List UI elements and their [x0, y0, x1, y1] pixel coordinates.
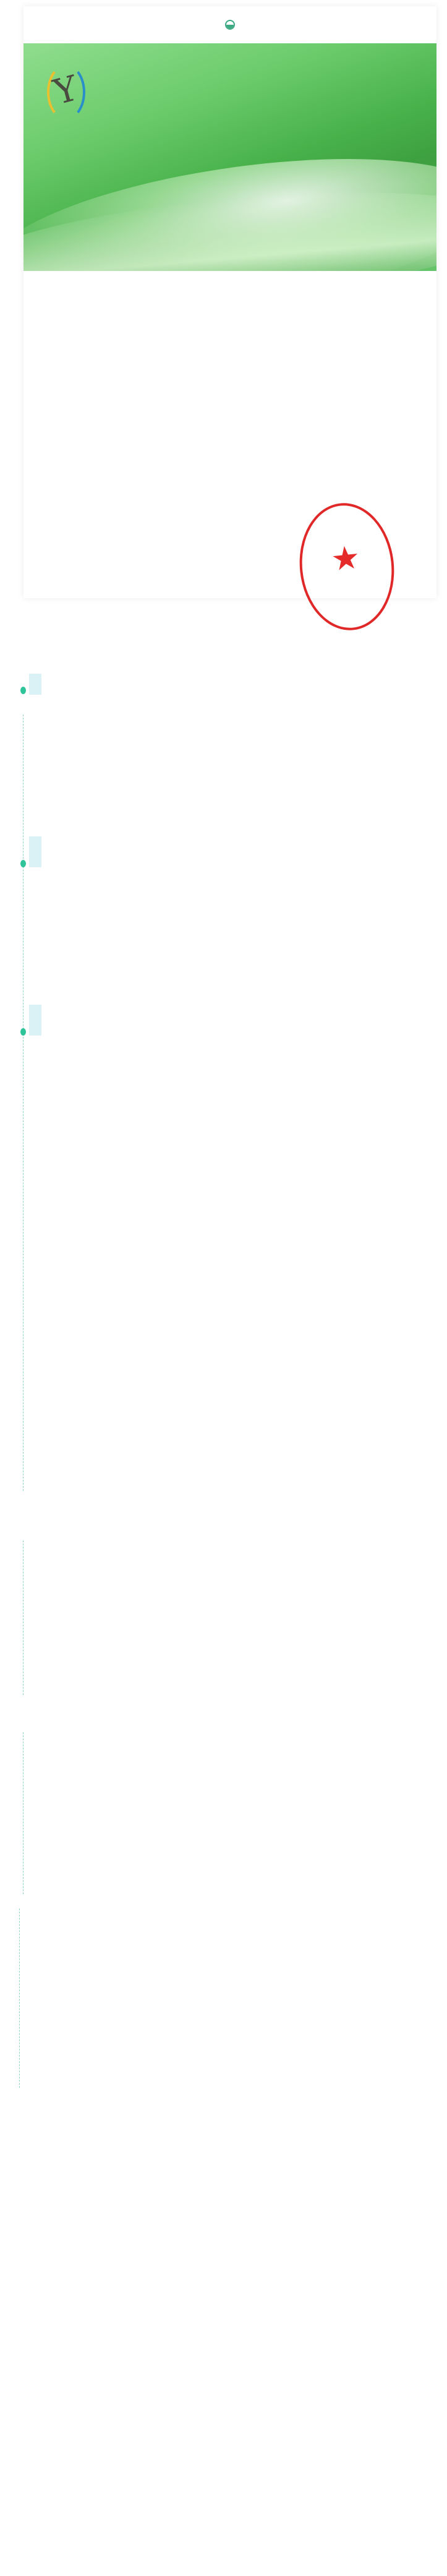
timeline-dot: [20, 1028, 26, 1036]
section-heading: [29, 1005, 41, 1036]
timeline-dot: [20, 687, 26, 694]
timeline-dot: [20, 860, 26, 867]
logo-icon: [47, 64, 85, 120]
section-heading: [29, 836, 41, 867]
section-heading: [29, 674, 41, 695]
timeline-line: [23, 1540, 23, 1695]
festival-logo: [47, 64, 89, 120]
timeline-line: [23, 715, 23, 1491]
follow-icon: [225, 20, 235, 30]
star-icon: ★: [330, 541, 362, 577]
banner-image: [23, 43, 436, 271]
follow-bar[interactable]: [23, 6, 436, 43]
timeline-line: [23, 1732, 23, 1894]
timeline-line: [19, 1908, 20, 2088]
notice-body: [10, 343, 406, 348]
notice-card: [23, 6, 436, 598]
